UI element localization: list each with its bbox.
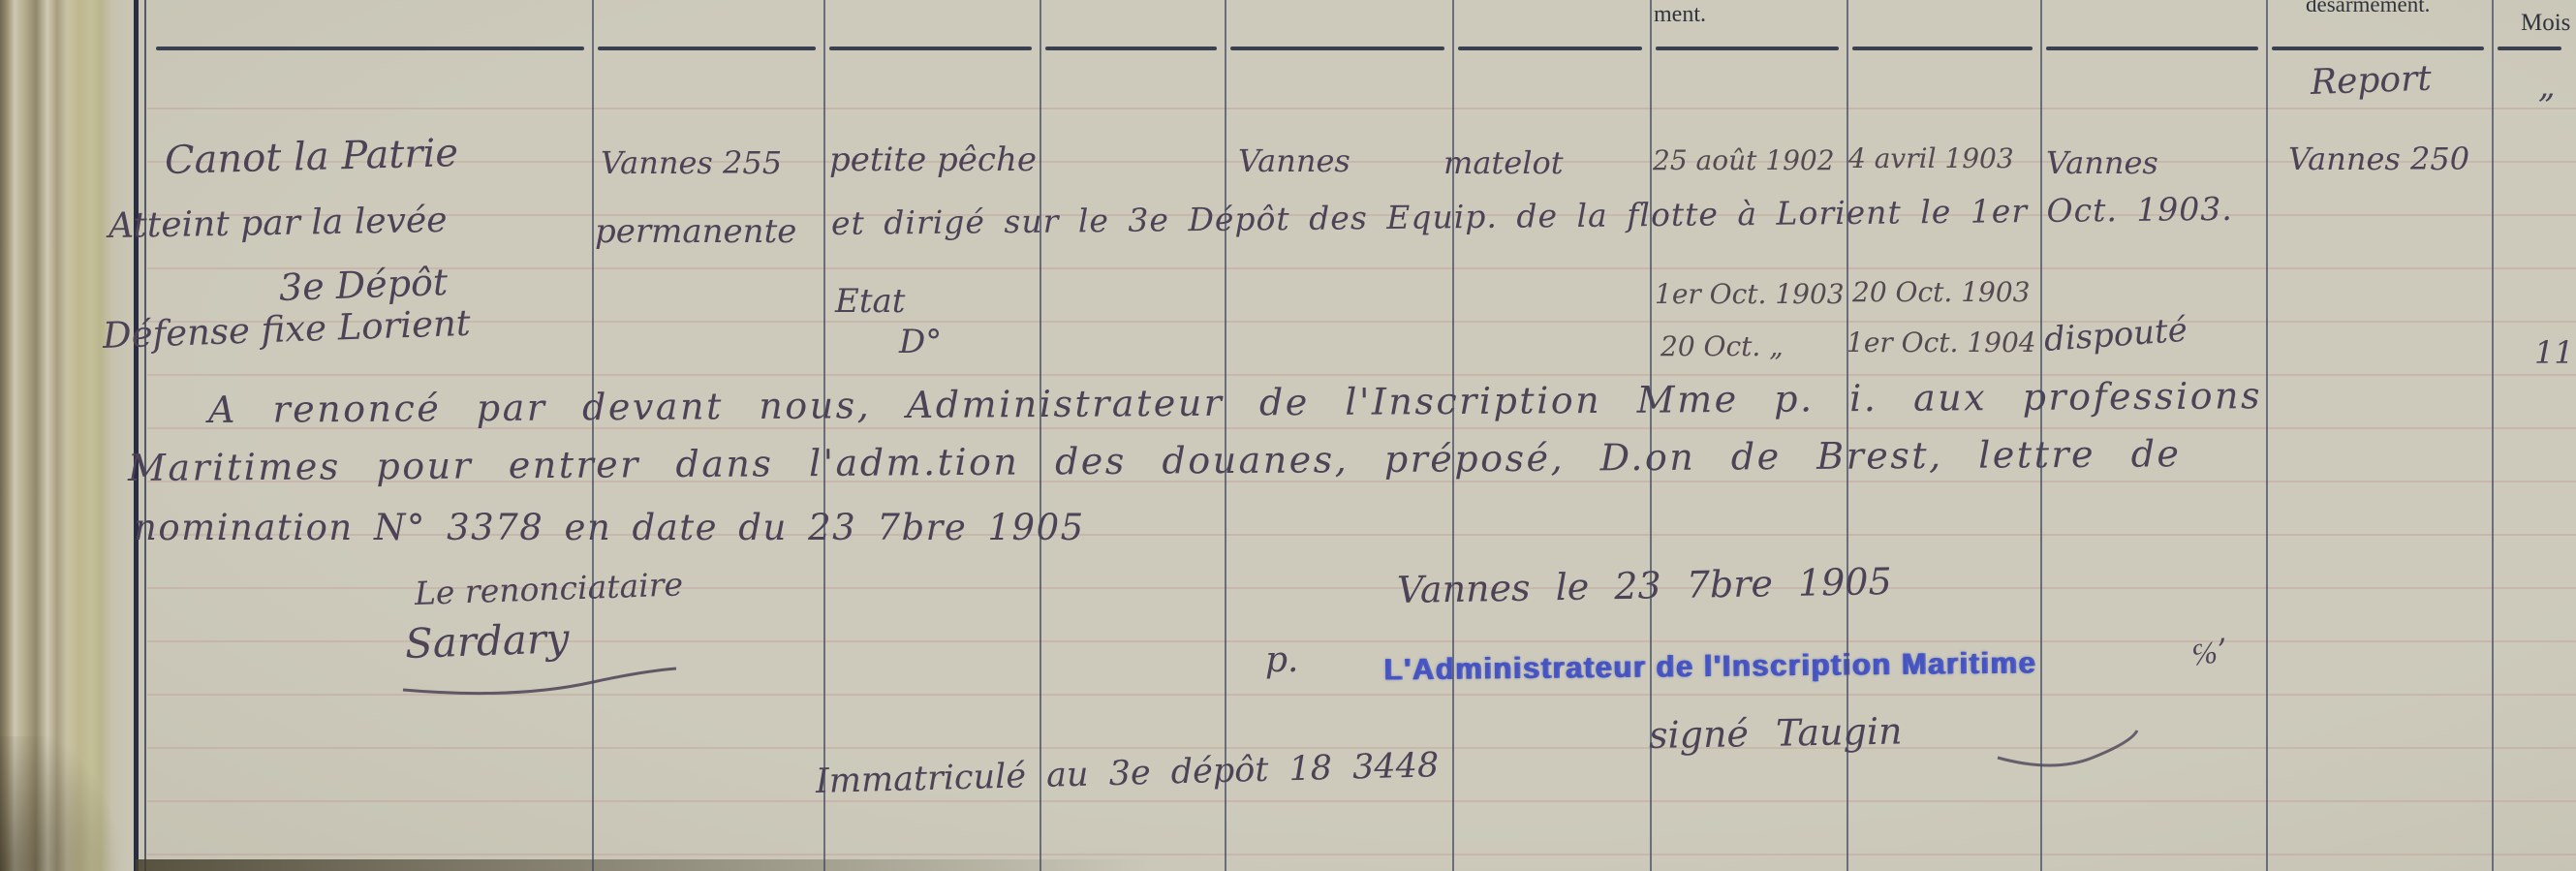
renunciation-note-line2: Maritimes pour entrer dans l'adm.tion de… [128, 435, 2182, 486]
entry-note-line-designation: Atteint par la levée [109, 203, 448, 244]
column-divider [1040, 0, 1041, 871]
entry-vessel-name: Canot la Patrie [164, 134, 458, 180]
report-label: Report [2310, 62, 2432, 101]
renunciation-note-line1: A renoncé par devant nous, Administrateu… [208, 377, 2262, 428]
entry-note-permanente: permanente [595, 215, 796, 248]
header-rule-segment [1656, 47, 1839, 50]
entry-desarmement-place: Vannes [2046, 147, 2158, 178]
column-divider [2040, 0, 2042, 871]
signe-flourish [1996, 729, 2141, 773]
ledger-page: ment. désarmement. Mois Canot la Patrie … [0, 0, 2576, 871]
entry-status-word: dispouté [2043, 314, 2188, 357]
column-divider [823, 0, 825, 871]
page-bottom-shadow [136, 859, 1153, 871]
column-divider [1650, 0, 1652, 871]
column-header-mois: Mois [2521, 10, 2570, 37]
entry-armement-date-3: 20 Oct. „ [1660, 333, 1784, 360]
entry-port-armement: Vannes [1238, 145, 1350, 176]
report-value: Vannes 250 [2288, 143, 2469, 174]
renonciataire-label: Le renonciataire [414, 568, 683, 609]
entry-crew-role: matelot [1443, 147, 1564, 178]
par-abbreviation: p. [1265, 643, 1299, 678]
column-header-armement-fragment: ment. [1654, 2, 1706, 28]
column-divider [2492, 0, 2494, 871]
column-divider [1225, 0, 1226, 871]
immatriculation-note: Immatriculé au 3e dépôt 18 3448 [816, 749, 1440, 799]
renunciation-note-line3: nomination N° 3378 en date du 23 7bre 19… [134, 510, 1085, 545]
entry-desarmement-date: 4 avril 1903 [1848, 145, 2014, 172]
mois-value: 11 [2534, 337, 2574, 368]
entry-armement-date-2: 1er Oct. 1903 [1655, 281, 1845, 308]
entry-depot-line: 3e Dépôt [278, 264, 448, 306]
header-rule-segment [1852, 47, 2033, 50]
entry-armement-date: 25 août 1902 [1653, 147, 1835, 174]
column-divider [592, 0, 594, 871]
column-divider [2266, 0, 2268, 871]
header-rule-segment [598, 47, 816, 50]
entry-navigation-genre: petite pêche [829, 143, 1037, 176]
header-rule-segment [156, 47, 584, 50]
entry-desarmement-date-3: 1er Oct. 1904 [1847, 329, 2036, 357]
entry-genre-etat: Etat [835, 285, 905, 318]
renonciataire-signature: Sardary [404, 618, 570, 665]
header-rule-segment [2046, 47, 2258, 50]
entry-genre-ditto: D° [899, 326, 942, 358]
book-binding-edge [0, 0, 147, 871]
header-rule-segment [829, 47, 1032, 50]
column-header-desarmement: désarmement. [2306, 0, 2430, 17]
signed-by-line: signé Taugin [1649, 712, 1903, 754]
entry-defense-fixe-line: Défense fixe Lorient [102, 305, 471, 354]
header-rule-segment [1045, 47, 1217, 50]
header-rule-segment [2272, 47, 2484, 50]
mois-ditto-mark: „ [2538, 70, 2556, 103]
header-rule-segment [2498, 47, 2561, 50]
entry-registry-number: Vannes 255 [601, 147, 782, 178]
place-date-line: Vannes le 23 7bre 1905 [1397, 563, 1892, 608]
entry-desarmement-date-2: 20 Oct. 1903 [1852, 279, 2030, 306]
administration-ink-stamp: L'Administrateur de l'Inscription Mariti… [1383, 647, 2036, 684]
paraphe-scribble: ℅ʼ [2189, 635, 2229, 670]
column-divider [1452, 0, 1454, 871]
left-margin-line-thin [144, 0, 146, 871]
column-divider [1847, 0, 1848, 871]
header-rule-segment [1230, 47, 1444, 50]
left-margin-line-thick [134, 0, 139, 871]
header-rule-segment [1458, 47, 1642, 50]
page-corner-shadow [0, 736, 145, 871]
signature-flourish [399, 667, 680, 696]
